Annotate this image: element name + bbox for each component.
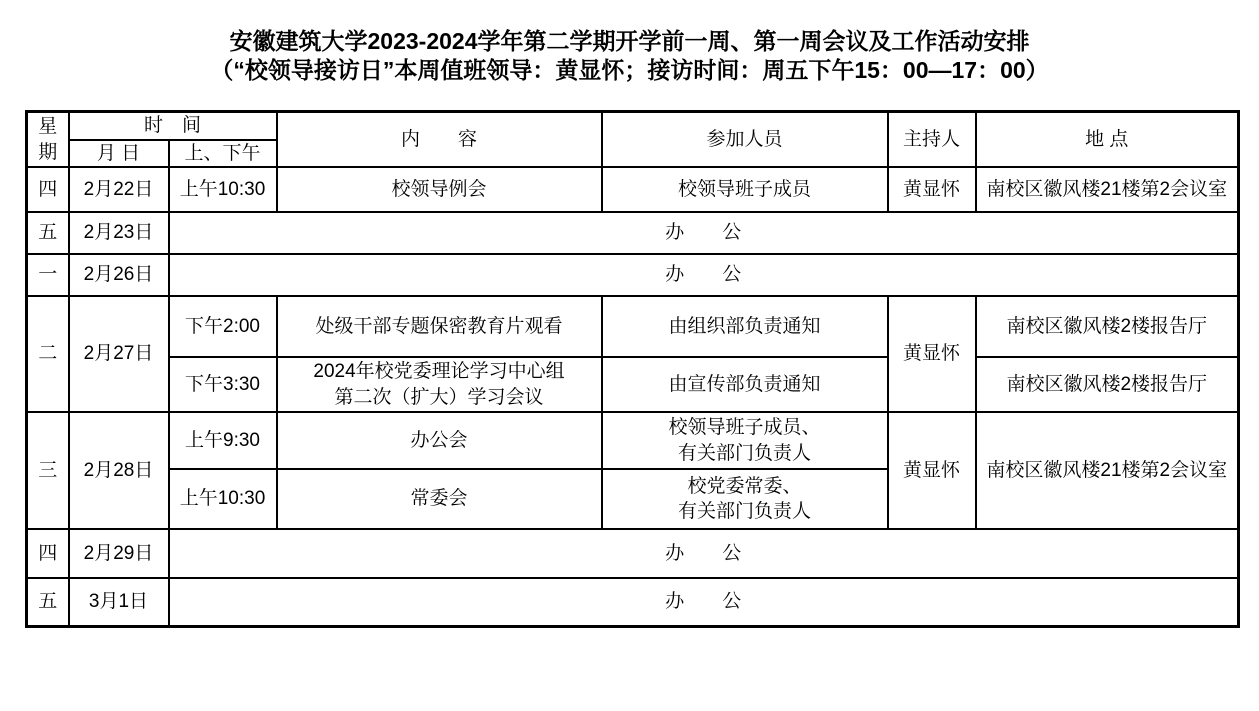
- cell-time: 下午3:30: [169, 357, 277, 412]
- cell-time: 上午10:30: [169, 469, 277, 529]
- header-ampm: 上、下午: [169, 140, 277, 168]
- cell-content: 办公会: [277, 412, 602, 469]
- cell-office: 办 公: [169, 254, 1239, 296]
- cell-week: 三: [27, 412, 69, 529]
- cell-week: 五: [27, 578, 69, 626]
- table-row: 五 3月1日 办 公: [27, 578, 1239, 626]
- cell-week: 五: [27, 212, 69, 254]
- cell-date: 2月22日: [69, 167, 169, 212]
- header-participants: 参加人员: [602, 111, 888, 167]
- table-row: 四 2月22日 上午10:30 校领导例会 校领导班子成员 黄显怀 南校区徽风楼…: [27, 167, 1239, 212]
- cell-participants: 校领导班子成员、 有关部门负责人: [602, 412, 888, 469]
- cell-office: 办 公: [169, 212, 1239, 254]
- header-content: 内 容: [277, 111, 602, 167]
- cell-participants: 校党委常委、 有关部门负责人: [602, 469, 888, 529]
- cell-host: 黄显怀: [888, 412, 976, 529]
- cell-content: 校领导例会: [277, 167, 602, 212]
- cell-location: 南校区徽风楼21楼第2会议室: [976, 412, 1239, 529]
- header-row-1: 星期 时 间 内 容 参加人员 主持人 地 点: [27, 111, 1239, 139]
- schedule-table: 星期 时 间 内 容 参加人员 主持人 地 点 月 日 上、下午 四 2月22日…: [25, 110, 1240, 628]
- table-row: 二 2月27日 下午2:00 处级干部专题保密教育片观看 由组织部负责通知 黄显…: [27, 296, 1239, 357]
- table-row: 一 2月26日 办 公: [27, 254, 1239, 296]
- cell-week: 一: [27, 254, 69, 296]
- cell-content: 处级干部专题保密教育片观看: [277, 296, 602, 357]
- header-location: 地 点: [976, 111, 1239, 167]
- cell-date: 3月1日: [69, 578, 169, 626]
- header-week: 星期: [27, 111, 69, 167]
- cell-content: 2024年校党委理论学习中心组 第二次（扩大）学习会议: [277, 357, 602, 412]
- document-page: 安徽建筑大学2023-2024学年第二学期开学前一周、第一周会议及工作活动安排 …: [0, 0, 1259, 711]
- cell-time: 上午9:30: [169, 412, 277, 469]
- cell-date: 2月27日: [69, 296, 169, 412]
- header-host: 主持人: [888, 111, 976, 167]
- cell-week: 二: [27, 296, 69, 412]
- cell-office: 办 公: [169, 529, 1239, 578]
- cell-participants: 由宣传部负责通知: [602, 357, 888, 412]
- cell-office: 办 公: [169, 578, 1239, 626]
- cell-location: 南校区徽风楼2楼报告厅: [976, 357, 1239, 412]
- cell-week: 四: [27, 529, 69, 578]
- cell-date: 2月29日: [69, 529, 169, 578]
- cell-week: 四: [27, 167, 69, 212]
- cell-location: 南校区徽风楼21楼第2会议室: [976, 167, 1239, 212]
- cell-host: 黄显怀: [888, 296, 976, 412]
- title-line-2: （“校领导接访日”本周值班领导：黄显怀；接访时间：周五下午15：00—17：00…: [0, 56, 1259, 85]
- cell-date: 2月23日: [69, 212, 169, 254]
- cell-location: 南校区徽风楼2楼报告厅: [976, 296, 1239, 357]
- cell-content: 常委会: [277, 469, 602, 529]
- cell-time: 下午2:00: [169, 296, 277, 357]
- table-row: 三 2月28日 上午9:30 办公会 校领导班子成员、 有关部门负责人 黄显怀 …: [27, 412, 1239, 469]
- cell-date: 2月28日: [69, 412, 169, 529]
- table-row: 五 2月23日 办 公: [27, 212, 1239, 254]
- cell-participants: 由组织部负责通知: [602, 296, 888, 357]
- header-time-group: 时 间: [69, 111, 277, 139]
- cell-time: 上午10:30: [169, 167, 277, 212]
- cell-date: 2月26日: [69, 254, 169, 296]
- table-row: 下午3:30 2024年校党委理论学习中心组 第二次（扩大）学习会议 由宣传部负…: [27, 357, 1239, 412]
- table-row: 四 2月29日 办 公: [27, 529, 1239, 578]
- document-title: 安徽建筑大学2023-2024学年第二学期开学前一周、第一周会议及工作活动安排 …: [0, 0, 1259, 86]
- cell-participants: 校领导班子成员: [602, 167, 888, 212]
- header-date: 月 日: [69, 140, 169, 168]
- title-line-1: 安徽建筑大学2023-2024学年第二学期开学前一周、第一周会议及工作活动安排: [0, 27, 1259, 56]
- cell-host: 黄显怀: [888, 167, 976, 212]
